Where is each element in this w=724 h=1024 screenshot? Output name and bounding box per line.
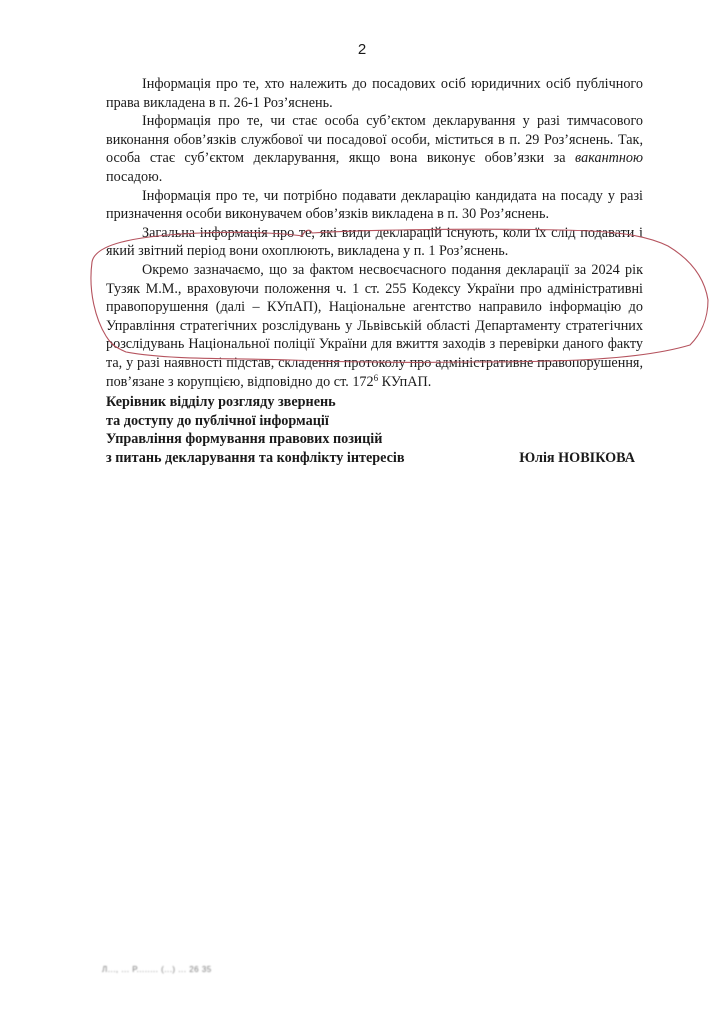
- emphasis-text: вакантною: [575, 150, 643, 166]
- page-number: 2: [0, 41, 724, 58]
- paragraph-text: КУпАП.: [378, 374, 431, 390]
- signature-title-line: з питань декларування та конфлікту інтер…: [106, 449, 405, 468]
- paragraph-declaration-types: Загальна інформація про те, які види дек…: [106, 224, 643, 261]
- signature-title-line: Управління формування правових позицій: [106, 430, 643, 449]
- signature-block: Керівник відділу розгляду звернень та до…: [106, 393, 643, 467]
- paragraph-text: посадою.: [106, 169, 162, 185]
- paragraph-late-filing-notice: Окремо зазначаємо, що за фактом несвоєча…: [106, 261, 643, 391]
- paragraph-candidate-declaration: Інформація про те, чи потрібно подавати …: [106, 187, 643, 224]
- signature-title-line: Керівник відділу розгляду звернень: [106, 393, 643, 412]
- letter-body: Інформація про те, хто належить до посад…: [106, 75, 643, 391]
- paragraph-text: Окремо зазначаємо, що за фактом несвоєча…: [106, 262, 643, 390]
- paragraph-officials: Інформація про те, хто належить до посад…: [106, 75, 643, 112]
- footer-executor-note: Л..., ... Р........ (...) ... 26 35: [102, 965, 212, 974]
- signature-title-line: та доступу до публічної інформації: [106, 412, 643, 431]
- signatory-name: Юлія НОВІКОВА: [519, 449, 635, 468]
- paragraph-temporary-duties: Інформація про те, чи стає особа суб’єкт…: [106, 112, 643, 186]
- paragraph-text: Інформація про те, чи стає особа суб’єкт…: [106, 113, 643, 166]
